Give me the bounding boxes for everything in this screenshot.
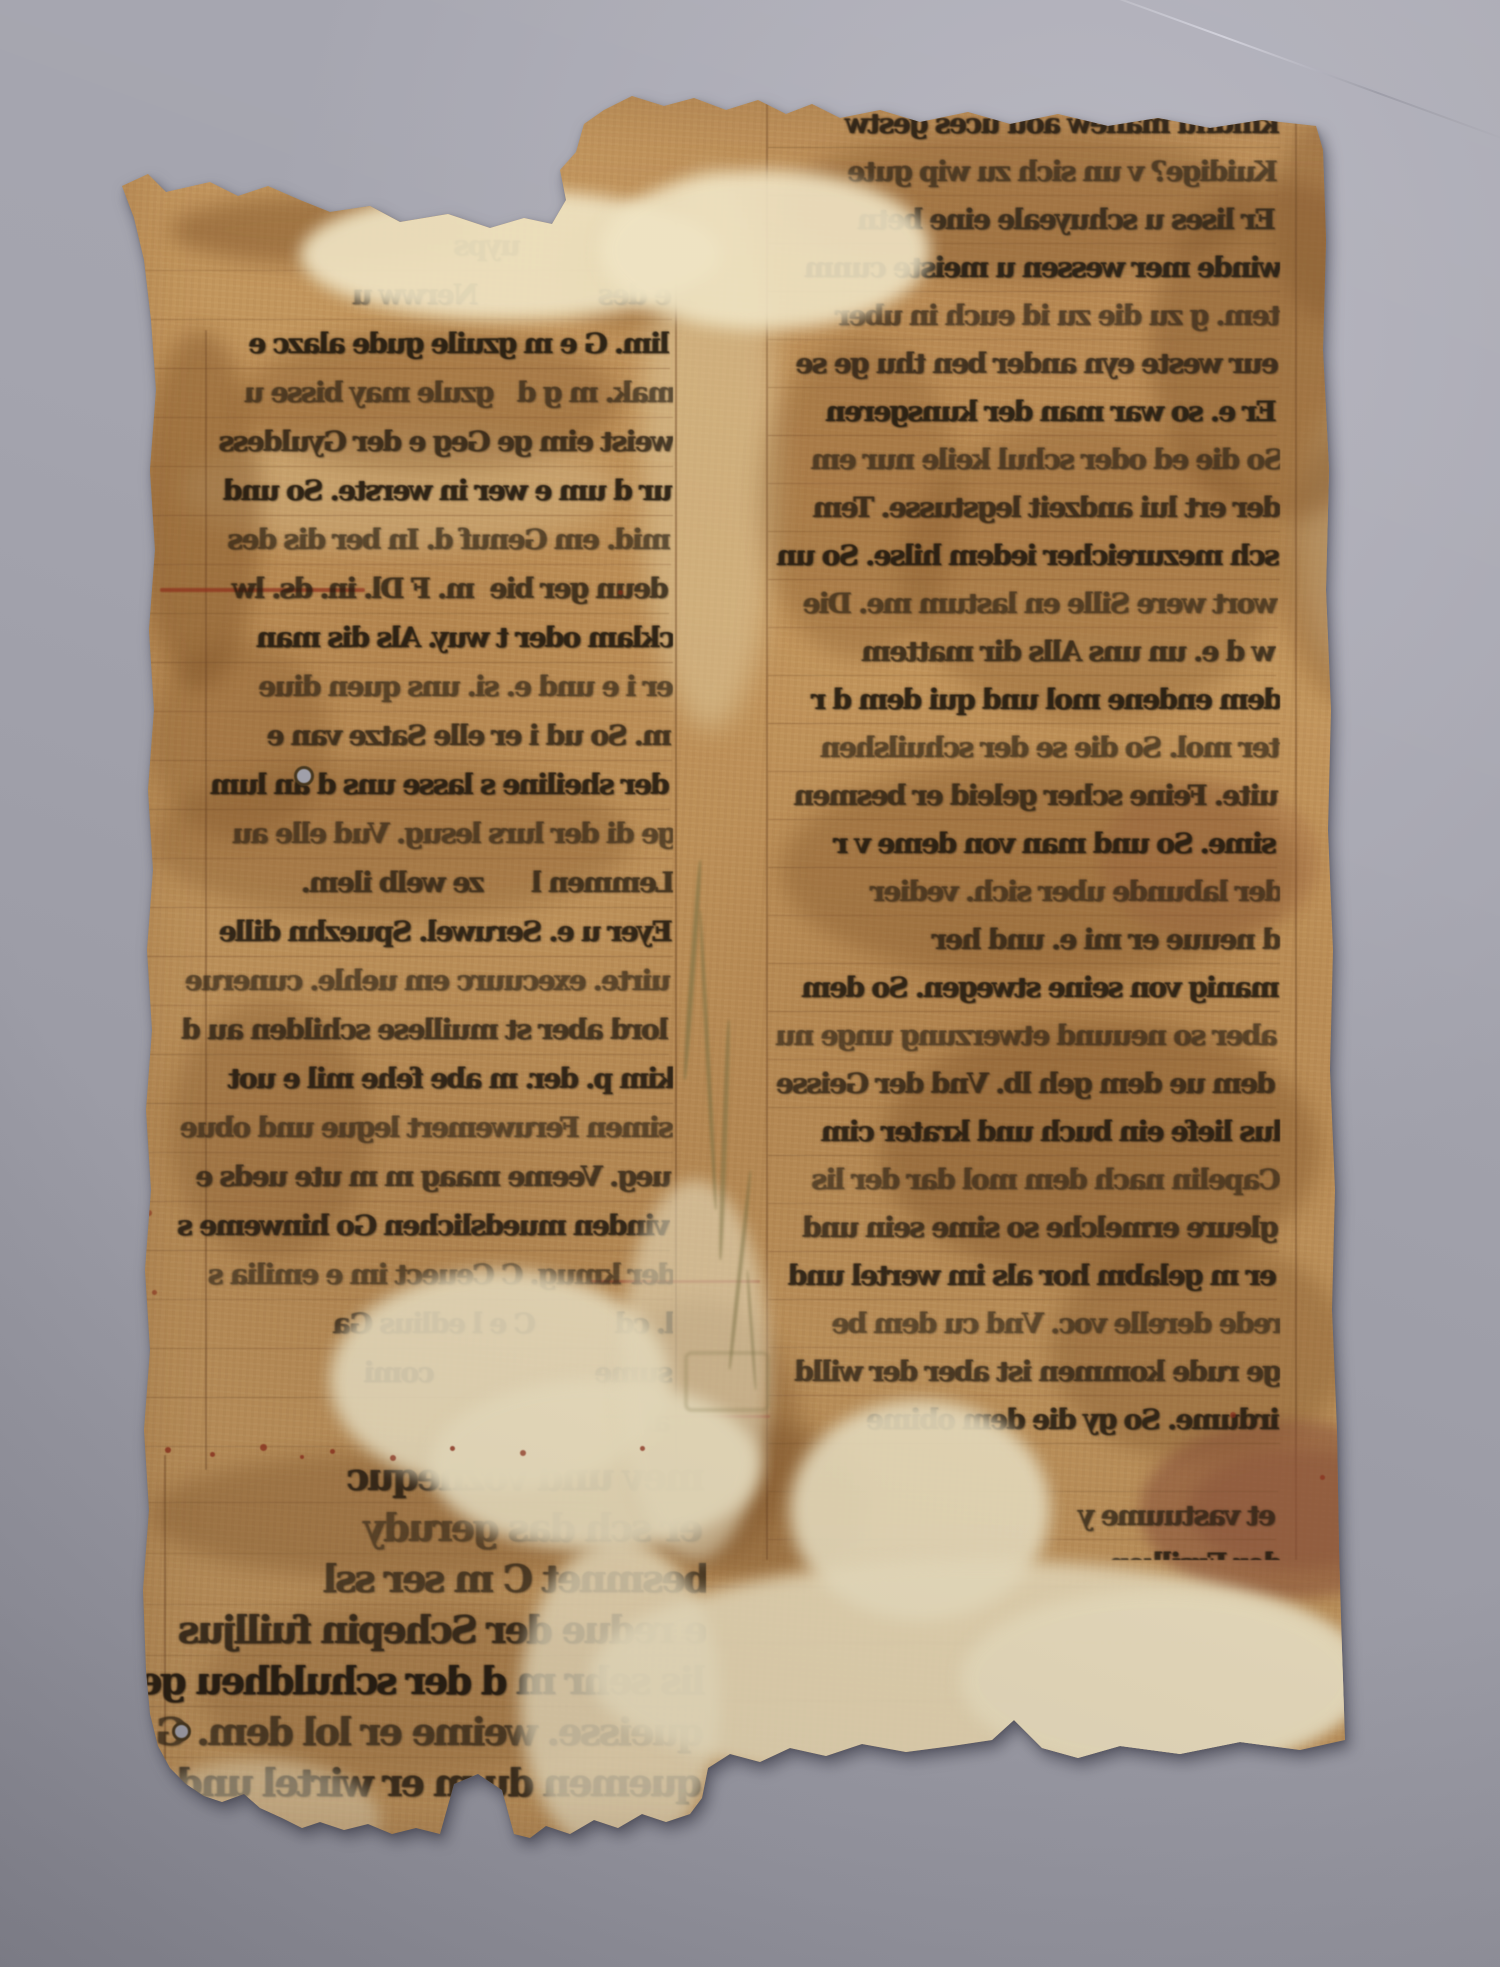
text-line: der ert lui andzeit legstusse. Tem (768, 484, 1280, 532)
text-line: rede derelle voc. Vnd cu dem be (768, 1300, 1280, 1348)
text-line: uirte. execuurc em uehle. cunerue (128, 957, 671, 1006)
photo-backdrop: uypse des Nerww ulim. G e m gzuile gude … (0, 0, 1500, 1967)
text-column-left: uypse des Nerww ulim. G e m gzuile gude … (128, 222, 673, 1474)
text-line: der sheiline s lasse uns d an lum (128, 761, 670, 810)
green-ink-mark (698, 910, 718, 1210)
text-line: quemen du m er wirtel under (146, 1758, 702, 1806)
text-line: aber so neuund etwerzung unge nu (768, 1012, 1278, 1060)
text-line: wort were Sille en lastum me. Die (768, 580, 1278, 628)
text-line: kmdhu mahew aou uces gestw (768, 100, 1280, 148)
text-column-left-large: mev und voznequcer sch das gerudybesmnet… (146, 1452, 706, 1806)
ghost-ruling-line (640, 1642, 1300, 1644)
text-line: deun ger bie m. F Dl. in. ds. lw (128, 565, 669, 614)
ghost-ruling-line (660, 1700, 1280, 1702)
text-line: Er lises u schuyeale eine betn (768, 196, 1276, 244)
manuscript-fragment-wrapper: uypse des Nerww ulim. G e m gzuile gude … (110, 90, 1460, 1860)
text-column-right: kmdhu mahew aou uces gestwKuidige? v un … (768, 100, 1280, 1560)
text-line: ueg. Veeme maag m m ute ueds e (128, 1153, 672, 1202)
text-line: er sch das gerudy (146, 1503, 703, 1554)
text-line: uite. Feine scher geleid er besmen (768, 772, 1279, 820)
text-line: weist eim ge Geg e der Gyuldess (128, 418, 673, 467)
text-line: l. cd C e l edlius Ga (128, 1300, 673, 1349)
text-line: eur weste eyn ander ben thu ge se (768, 340, 1279, 388)
text-line: sume comi (128, 1349, 673, 1398)
text-line: lim. G e m gzuile gude alazc e (128, 320, 670, 369)
text-line: der Ersilken (768, 1540, 1280, 1560)
text-line: lus liefe ein buch und krater cim (768, 1108, 1280, 1156)
text-line: der kmug. C Ceuect im e emilia s (128, 1251, 673, 1300)
text-line (768, 1444, 1278, 1492)
text-line: manig von seine stwegen. So dem (768, 964, 1280, 1012)
text-line: Er e. so war man der kunsgeren (768, 388, 1277, 436)
text-line: d neuue er mi e. und her (768, 916, 1280, 964)
text-line: dem ue dem geh lb. Vnd der Geisse (768, 1060, 1276, 1108)
manuscript-fragment: uypse des Nerww ulim. G e m gzuile gude … (110, 90, 1460, 1860)
light-patch (1300, 380, 1460, 700)
text-line: e des Nerww u (128, 271, 672, 320)
text-line: tem. g zu die zu id euch in uber (768, 292, 1280, 340)
text-line: irdume. So gy die dem obime (768, 1396, 1280, 1444)
ghost-ruling-line (620, 1586, 1320, 1588)
pale-patch (960, 1590, 1360, 1770)
text-line: Capelin nach dem mol dar der lis (768, 1156, 1280, 1204)
red-speck (1320, 1475, 1325, 1480)
text-line: er i e und e. si. uns quen diue (128, 663, 673, 712)
text-line: cklam oder t wuy. Als dis man (128, 614, 673, 663)
text-line: lord aber st muillese schilden au d (128, 1006, 669, 1055)
text-line: mev und voznequc (146, 1452, 705, 1503)
text-line: queisse. weime er lol dem. G (146, 1707, 704, 1758)
green-ink-mark (682, 860, 702, 1080)
text-line: Kuidige? v un sich zu wip gute (768, 148, 1278, 196)
text-line: m. So ud i er elle Satze van e (128, 712, 672, 761)
text-line: uyps (128, 222, 673, 271)
text-line: Eyer u e. Seruwel. Spuezhn dille (128, 908, 673, 957)
text-line: winde mer wessen u meiste cunm (768, 244, 1280, 292)
text-line: mid. em Genuf d. In ber dis des (128, 516, 671, 565)
text-line: ur d um e wer in werste. So und (128, 467, 673, 516)
text-line: ge rude kommen ist aber der willd (768, 1348, 1280, 1396)
text-line: simen Feruwemert legue und obue (128, 1104, 673, 1153)
stain-blotch (1280, 430, 1450, 710)
ruling-line-vertical (675, 222, 677, 1472)
ruling-line-vertical (1295, 100, 1297, 1560)
text-line: ter mol. So die se der schuilshen (768, 724, 1280, 772)
text-line: et vastuume y (768, 1492, 1276, 1540)
green-ink-mark (746, 1270, 757, 1390)
text-line: So die ed oder schul keile nur em (768, 436, 1280, 484)
text-line: lis sehr m d der schuldheu ges (146, 1656, 706, 1707)
text-line: w d e. un uns Alls dir mattem (768, 628, 1276, 676)
stain-blotch (1270, 120, 1390, 320)
text-line: Lemmen l ze welb ilem. (128, 859, 673, 908)
text-line: sch mezureicher iedem hilse. So un (768, 532, 1280, 580)
text-line: gleure ermelche so sime sein und (768, 1204, 1279, 1252)
text-line: vinden muedslichen Go hinweme s (128, 1202, 670, 1251)
text-line: e redue der Schepin fuilljus (146, 1605, 706, 1656)
text-line: er m gelabm hor als im wertel und (768, 1252, 1277, 1300)
green-ink-mark (718, 1020, 731, 1260)
text-line: der labunde uber sich. vedier (768, 868, 1280, 916)
text-line: kim p. der. m abe fehe mil e uot (128, 1055, 673, 1104)
text-line: al (128, 1398, 671, 1447)
text-line: ge di der lurs lesug. Vud elle au (128, 810, 673, 859)
text-line: dem endene mol und qui dem d r (768, 676, 1280, 724)
text-line: mak. m g d gzule may bisse u (128, 369, 673, 418)
text-line: besmnet C m ser ssl (146, 1554, 706, 1605)
text-line: sime. So und man von deme v r (768, 820, 1277, 868)
green-ink-mark (685, 1352, 769, 1411)
green-ink-mark (728, 1170, 753, 1369)
